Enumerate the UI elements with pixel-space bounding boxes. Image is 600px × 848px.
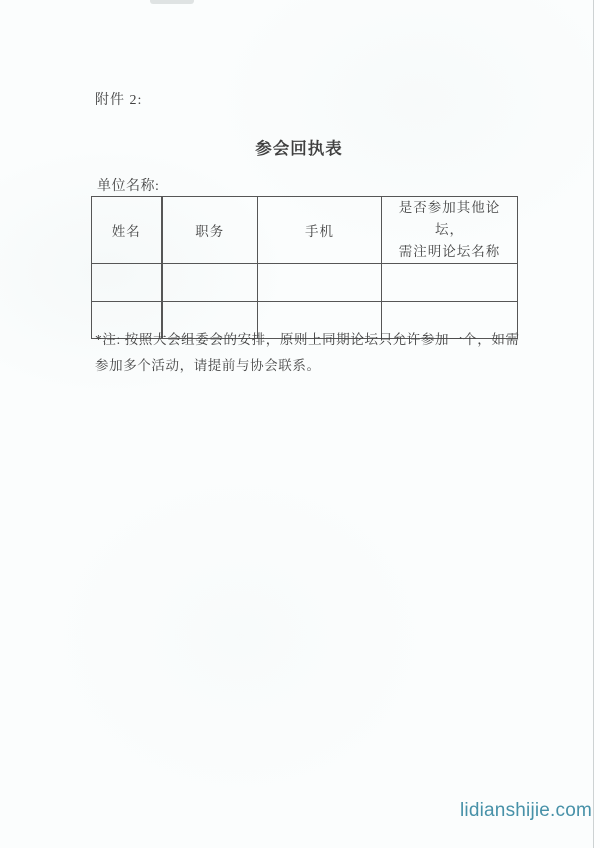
table-header-row: 姓名 职务 手机 是否参加其他论坛， 需注明论坛名称 (92, 197, 518, 264)
table-cell-empty (258, 264, 382, 302)
unit-name-label: 单位名称: (97, 175, 159, 195)
footnote-line-1: *注: 按照大会组委会的安排，原则上同期论坛只允许参加一个，如需 (95, 327, 525, 353)
reply-form-table: 姓名 职务 手机 是否参加其他论坛， 需注明论坛名称 (91, 196, 518, 339)
scan-artifact-smudge (150, 0, 194, 4)
scan-edge-line (593, 0, 594, 848)
scan-margin-right (594, 0, 600, 848)
header-cell-other-forums: 是否参加其他论坛， 需注明论坛名称 (382, 197, 518, 264)
footnote: *注: 按照大会组委会的安排，原则上同期论坛只允许参加一个，如需 参加多个活动，… (95, 327, 525, 378)
header-cell-name: 姓名 (92, 197, 162, 264)
table-cell-empty (162, 264, 258, 302)
table-cell-empty (382, 264, 518, 302)
document-title: 参会回执表 (0, 135, 598, 159)
watermark-text: lidianshijie.com (460, 800, 592, 822)
attachment-label: 附件 2: (95, 89, 142, 109)
footnote-line-2: 参加多个活动，请提前与协会联系。 (95, 353, 525, 379)
table-row (92, 264, 518, 302)
header-cell-position: 职务 (162, 197, 258, 264)
scanned-document-page: 附件 2: 参会回执表 单位名称: 姓名 职务 手机 是否参加其他论坛， 需注明… (0, 0, 600, 848)
header-cell-mobile: 手机 (258, 197, 382, 264)
table-cell-empty (92, 264, 162, 302)
